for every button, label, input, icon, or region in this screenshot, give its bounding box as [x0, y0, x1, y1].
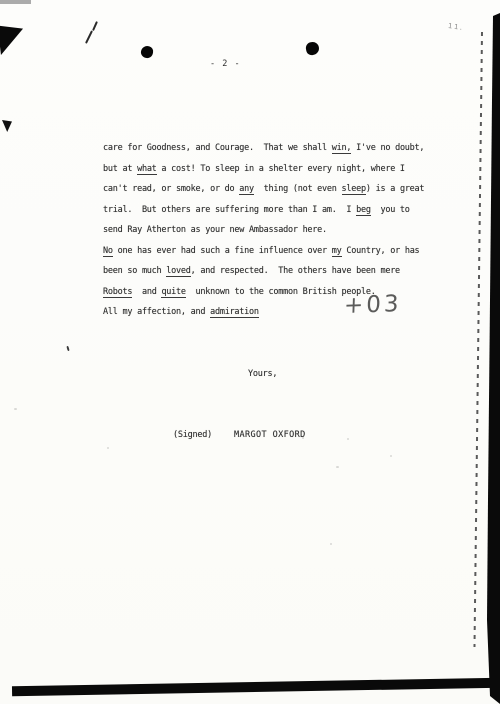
underlined-text: any — [239, 184, 254, 195]
letter-line: No one has ever had such a fine influenc… — [103, 241, 448, 262]
underlined-text: what — [137, 164, 156, 175]
underlined-text: win, — [332, 143, 351, 154]
underlined-text: admiration — [210, 307, 259, 318]
signature-name: MARGOT OXFORD — [234, 430, 306, 440]
text-segment: , and respected. The others have been me… — [191, 266, 400, 276]
page-number: - 2 - — [210, 58, 241, 70]
text-segment: All my affection, and — [103, 307, 210, 317]
underlined-text: Robots — [103, 287, 132, 298]
handwritten-mark: +03 — [344, 291, 402, 319]
text-segment: send Ray Atherton as your new Ambassador… — [103, 225, 327, 235]
scan-corner-artifact — [0, 0, 31, 4]
letter-line: care for Goodness, and Courage. That we … — [103, 138, 448, 159]
text-segment: been so much — [103, 266, 166, 276]
scan-bottom-bar — [12, 678, 500, 696]
underlined-text: No — [103, 246, 113, 257]
scan-triangle-artifact — [0, 25, 24, 55]
noise-speck — [330, 543, 332, 545]
text-segment: one has ever had such a fine influence o… — [113, 246, 332, 256]
text-segment: a cost! To sleep in a shelter every nigh… — [157, 164, 405, 174]
underlined-text: loved — [166, 266, 190, 277]
pen-slash-mark — [92, 21, 98, 31]
ink-blob — [140, 45, 155, 60]
letter-line: been so much loved, and respected. The o… — [103, 261, 448, 282]
underlined-text: sleep — [342, 184, 366, 195]
noise-speck — [14, 408, 17, 410]
scan-edge-dashed-line — [473, 32, 482, 647]
letter-line: trial. But others are suffering more tha… — [103, 200, 448, 221]
underlined-text: my — [332, 246, 342, 257]
text-segment: trial. But others are suffering more tha… — [103, 205, 356, 215]
letter-line: send Ray Atherton as your new Ambassador… — [103, 220, 448, 241]
text-segment: care for Goodness, and Courage. That we … — [103, 143, 332, 153]
text-segment: but at — [103, 164, 137, 174]
underlined-text: beg — [356, 205, 371, 216]
signature-line: (Signed)MARGOT OXFORD — [103, 425, 448, 446]
closing-line: Yours, — [103, 364, 448, 385]
handwritten-top-right-mark: 11. — [448, 22, 465, 32]
scanned-letter-page: - 2 - care for Goodness, and Courage. Th… — [0, 0, 500, 704]
pen-slash-mark — [85, 30, 93, 43]
scan-flag-artifact — [2, 120, 12, 132]
scan-edge-band — [480, 0, 500, 704]
text-segment: Country, or has — [342, 246, 420, 256]
signed-label: (Signed) — [173, 430, 212, 440]
stray-ink-tick — [66, 346, 69, 351]
letter-line: can't read, or smoke, or do any thing (n… — [103, 179, 448, 200]
text-segment: can't read, or smoke, or do — [103, 184, 239, 194]
closing-text: Yours, — [248, 369, 277, 379]
letter-line: but at what a cost! To sleep in a shelte… — [103, 159, 448, 180]
text-segment: ) is a great — [366, 184, 424, 194]
text-segment: thing (not even — [254, 184, 342, 194]
text-segment: and — [132, 287, 161, 297]
text-segment: you to — [371, 205, 410, 215]
text-segment: I've no doubt, — [351, 143, 424, 153]
underlined-text: quite — [161, 287, 185, 298]
ink-blob — [305, 41, 320, 56]
